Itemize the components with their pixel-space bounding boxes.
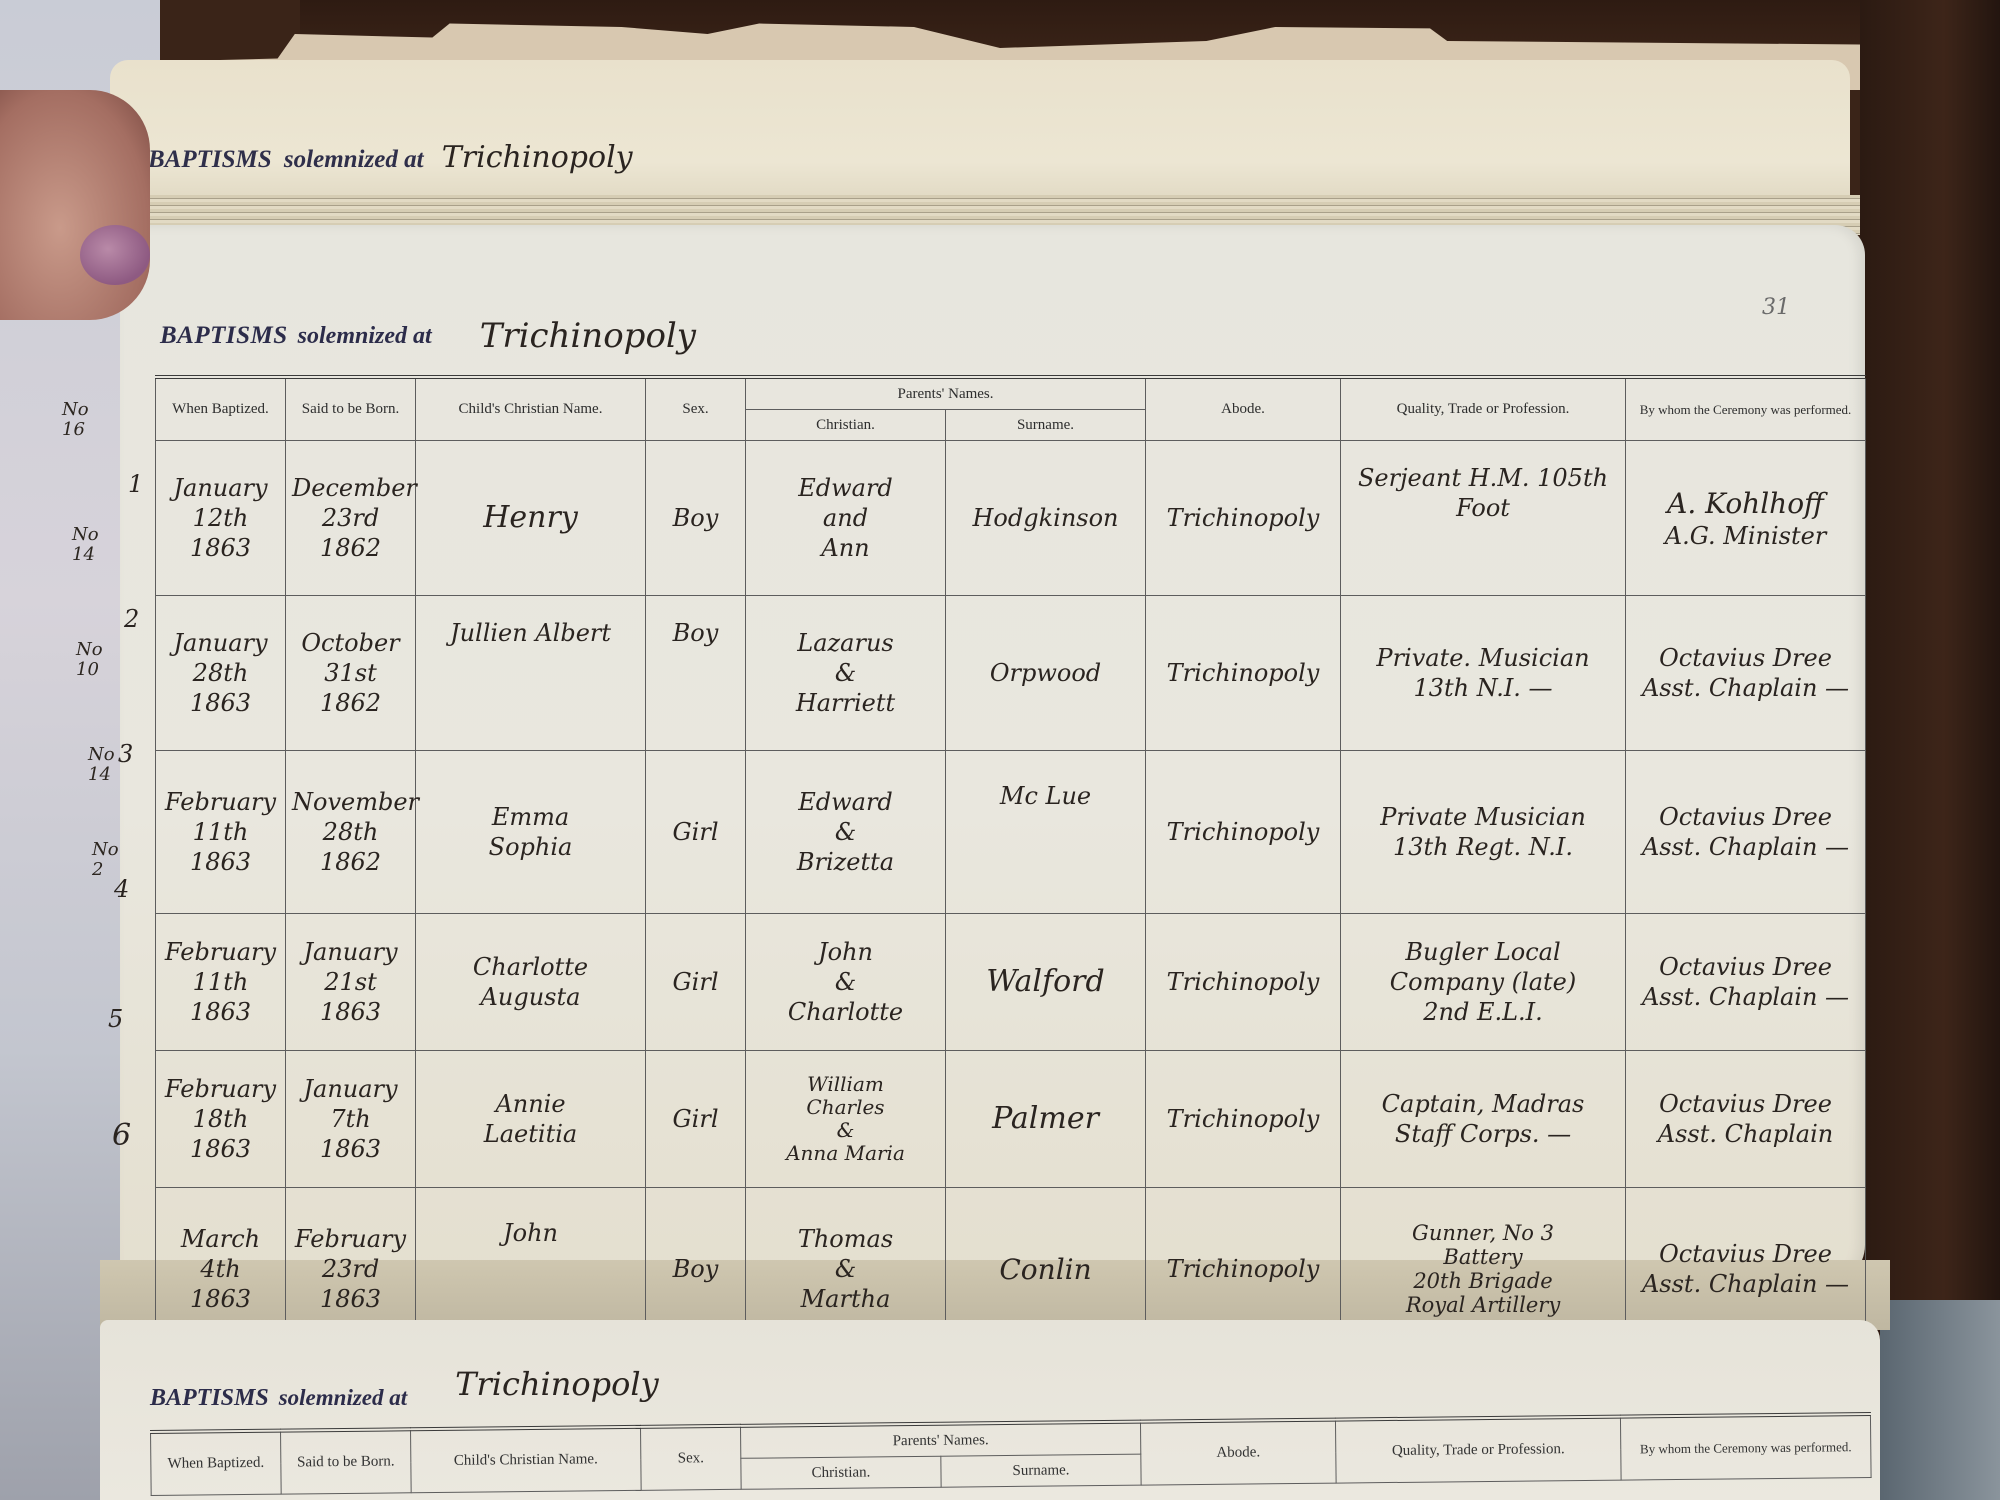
column-header-parents-christian: Christian. bbox=[746, 410, 946, 441]
column-header-officiant: By whom the Ceremony was performed. bbox=[1620, 1414, 1871, 1480]
cell-child-name: Annie Laetitia bbox=[416, 1051, 646, 1188]
cell-when-baptized: January 12th 1863 bbox=[156, 441, 286, 596]
cell-officiant: Octavius Dree Asst. Chaplain — bbox=[1626, 596, 1866, 751]
cell-quality: Private Musician 13th Regt. N.I. bbox=[1341, 751, 1626, 914]
cell-parents-christian: John & Charlotte bbox=[746, 914, 946, 1051]
cell-when-baptized: February 11th 1863 bbox=[156, 914, 286, 1051]
table-header-row: When Baptized. Said to be Born. Child's … bbox=[156, 377, 1866, 410]
margin-note: No14 bbox=[72, 525, 99, 565]
cell-parents-christian: Edward & Brizetta bbox=[746, 751, 946, 914]
entry-number: 3 bbox=[118, 740, 133, 768]
column-header-child-name: Child's Christian Name. bbox=[411, 1427, 642, 1493]
cell-surname: Hodgkinson bbox=[946, 441, 1146, 596]
entry-number: 6 bbox=[112, 1118, 131, 1153]
margin-note: No14 bbox=[88, 745, 115, 785]
table-row: January 12th 1863 December 23rd 1862 Hen… bbox=[156, 441, 1866, 596]
hand-thumb bbox=[0, 90, 150, 320]
cell-child-name: Jullien Albert bbox=[416, 596, 646, 751]
column-header-sex: Sex. bbox=[646, 377, 746, 441]
cell-parents-christian: Edward and Ann bbox=[746, 441, 946, 596]
column-header-abode: Abode. bbox=[1140, 1420, 1336, 1486]
table-row: February 11th 1863 January 21st 1863 Cha… bbox=[156, 914, 1866, 1051]
cell-said-to-be-born: January 7th 1863 bbox=[286, 1051, 416, 1188]
cell-surname: Palmer bbox=[946, 1051, 1146, 1188]
column-header-sex: Sex. bbox=[640, 1426, 741, 1491]
cell-quality: Bugler Local Company (late) 2nd E.L.I. bbox=[1341, 914, 1626, 1051]
cell-said-to-be-born: December 23rd 1862 bbox=[286, 441, 416, 596]
entry-number: 1 bbox=[128, 470, 143, 498]
column-header-parents-names: Parents' Names. bbox=[746, 377, 1146, 410]
column-header-officiant: By whom the Ceremony was performed. bbox=[1626, 377, 1866, 441]
cell-sex: Boy bbox=[646, 441, 746, 596]
column-header-parents-christian: Christian. bbox=[741, 1456, 941, 1489]
place-handwritten: Trichinopoly bbox=[455, 1365, 659, 1403]
baptism-register-table: When Baptized. Said to be Born. Child's … bbox=[155, 375, 1866, 1351]
column-header-said-to-be-born: Said to be Born. bbox=[281, 1429, 412, 1494]
cell-said-to-be-born: January 21st 1863 bbox=[286, 914, 416, 1051]
cell-officiant: Octavius Dree Asst. Chaplain bbox=[1626, 1051, 1866, 1188]
cell-officiant: Octavius Dree Asst. Chaplain — bbox=[1626, 914, 1866, 1051]
cell-quality: Serjeant H.M. 105th Foot bbox=[1341, 441, 1626, 596]
cell-abode: Trichinopoly bbox=[1146, 751, 1341, 914]
margin-note: No2 bbox=[92, 840, 119, 880]
cell-quality: Private. Musician 13th N.I. — bbox=[1341, 596, 1626, 751]
place-handwritten: Trichinopoly bbox=[442, 140, 633, 175]
cell-sex: Girl bbox=[646, 751, 746, 914]
cell-when-baptized: February 11th 1863 bbox=[156, 751, 286, 914]
cell-when-baptized: February 18th 1863 bbox=[156, 1051, 286, 1188]
cell-parents-christian: William Charles & Anna Maria bbox=[746, 1051, 946, 1188]
cell-abode: Trichinopoly bbox=[1146, 441, 1341, 596]
place-handwritten: Trichinopoly bbox=[480, 316, 696, 356]
printed-subtitle: solemnized at bbox=[279, 1385, 407, 1410]
entry-number: 2 bbox=[124, 605, 139, 633]
page-number: 31 bbox=[1762, 295, 1790, 320]
table-row: February 11th 1863 November 28th 1862 Em… bbox=[156, 751, 1866, 914]
cell-abode: Trichinopoly bbox=[1146, 1051, 1341, 1188]
cell-surname: Orpwood bbox=[946, 596, 1146, 751]
cell-child-name: Charlotte Augusta bbox=[416, 914, 646, 1051]
cell-sex: Girl bbox=[646, 1051, 746, 1188]
column-header-parents-surname: Surname. bbox=[941, 1454, 1141, 1487]
cell-sex: Girl bbox=[646, 914, 746, 1051]
cell-sex: Boy bbox=[646, 596, 746, 751]
cell-when-baptized: January 28th 1863 bbox=[156, 596, 286, 751]
column-header-child-name: Child's Christian Name. bbox=[416, 377, 646, 441]
thumbnail-painted bbox=[80, 225, 150, 285]
previous-page-header: BAPTISMS solemnized at Trichinopoly bbox=[148, 140, 633, 175]
printed-subtitle: solemnized at bbox=[284, 146, 424, 173]
table-row: January 28th 1863 October 31st 1862 Jull… bbox=[156, 596, 1866, 751]
column-header-abode: Abode. bbox=[1146, 377, 1341, 441]
cell-said-to-be-born: October 31st 1862 bbox=[286, 596, 416, 751]
cell-surname: Walford bbox=[946, 914, 1146, 1051]
printed-title: BAPTISMS bbox=[160, 322, 288, 349]
background-surface bbox=[1880, 1300, 2000, 1500]
column-header-parents-names: Parents' Names. bbox=[740, 1422, 1140, 1459]
margin-note: No10 bbox=[76, 640, 103, 680]
column-header-when-baptized: When Baptized. bbox=[151, 1431, 282, 1496]
entry-number: 5 bbox=[108, 1005, 123, 1033]
cell-abode: Trichinopoly bbox=[1146, 914, 1341, 1051]
table-row: February 18th 1863 January 7th 1863 Anni… bbox=[156, 1051, 1866, 1188]
printed-title: BAPTISMS bbox=[148, 146, 272, 173]
column-header-when-baptized: When Baptized. bbox=[156, 377, 286, 441]
margin-note: No16 bbox=[62, 400, 89, 440]
cell-surname: Mc Lue bbox=[946, 751, 1146, 914]
entry-number: 4 bbox=[114, 875, 129, 903]
cell-parents-christian: Lazarus & Harriett bbox=[746, 596, 946, 751]
cell-abode: Trichinopoly bbox=[1146, 596, 1341, 751]
column-header-quality: Quality, Trade or Profession. bbox=[1341, 377, 1626, 441]
page-header: BAPTISMS solemnized at Trichinopoly bbox=[160, 312, 696, 352]
next-page-header: BAPTISMS solemnized at Trichinopoly bbox=[150, 1375, 659, 1413]
cell-child-name: Henry bbox=[416, 441, 646, 596]
cell-officiant: Octavius Dree Asst. Chaplain — bbox=[1626, 751, 1866, 914]
cell-quality: Captain, Madras Staff Corps. — bbox=[1341, 1051, 1626, 1188]
cell-said-to-be-born: November 28th 1862 bbox=[286, 751, 416, 914]
printed-subtitle: solemnized at bbox=[298, 323, 432, 349]
cell-child-name: Emma Sophia bbox=[416, 751, 646, 914]
column-header-parents-surname: Surname. bbox=[946, 410, 1146, 441]
column-header-quality: Quality, Trade or Profession. bbox=[1335, 1417, 1621, 1483]
column-header-said-to-be-born: Said to be Born. bbox=[286, 377, 416, 441]
printed-title: BAPTISMS bbox=[150, 1385, 269, 1411]
cell-officiant: A. Kohlhoff A.G. Minister bbox=[1626, 441, 1866, 596]
